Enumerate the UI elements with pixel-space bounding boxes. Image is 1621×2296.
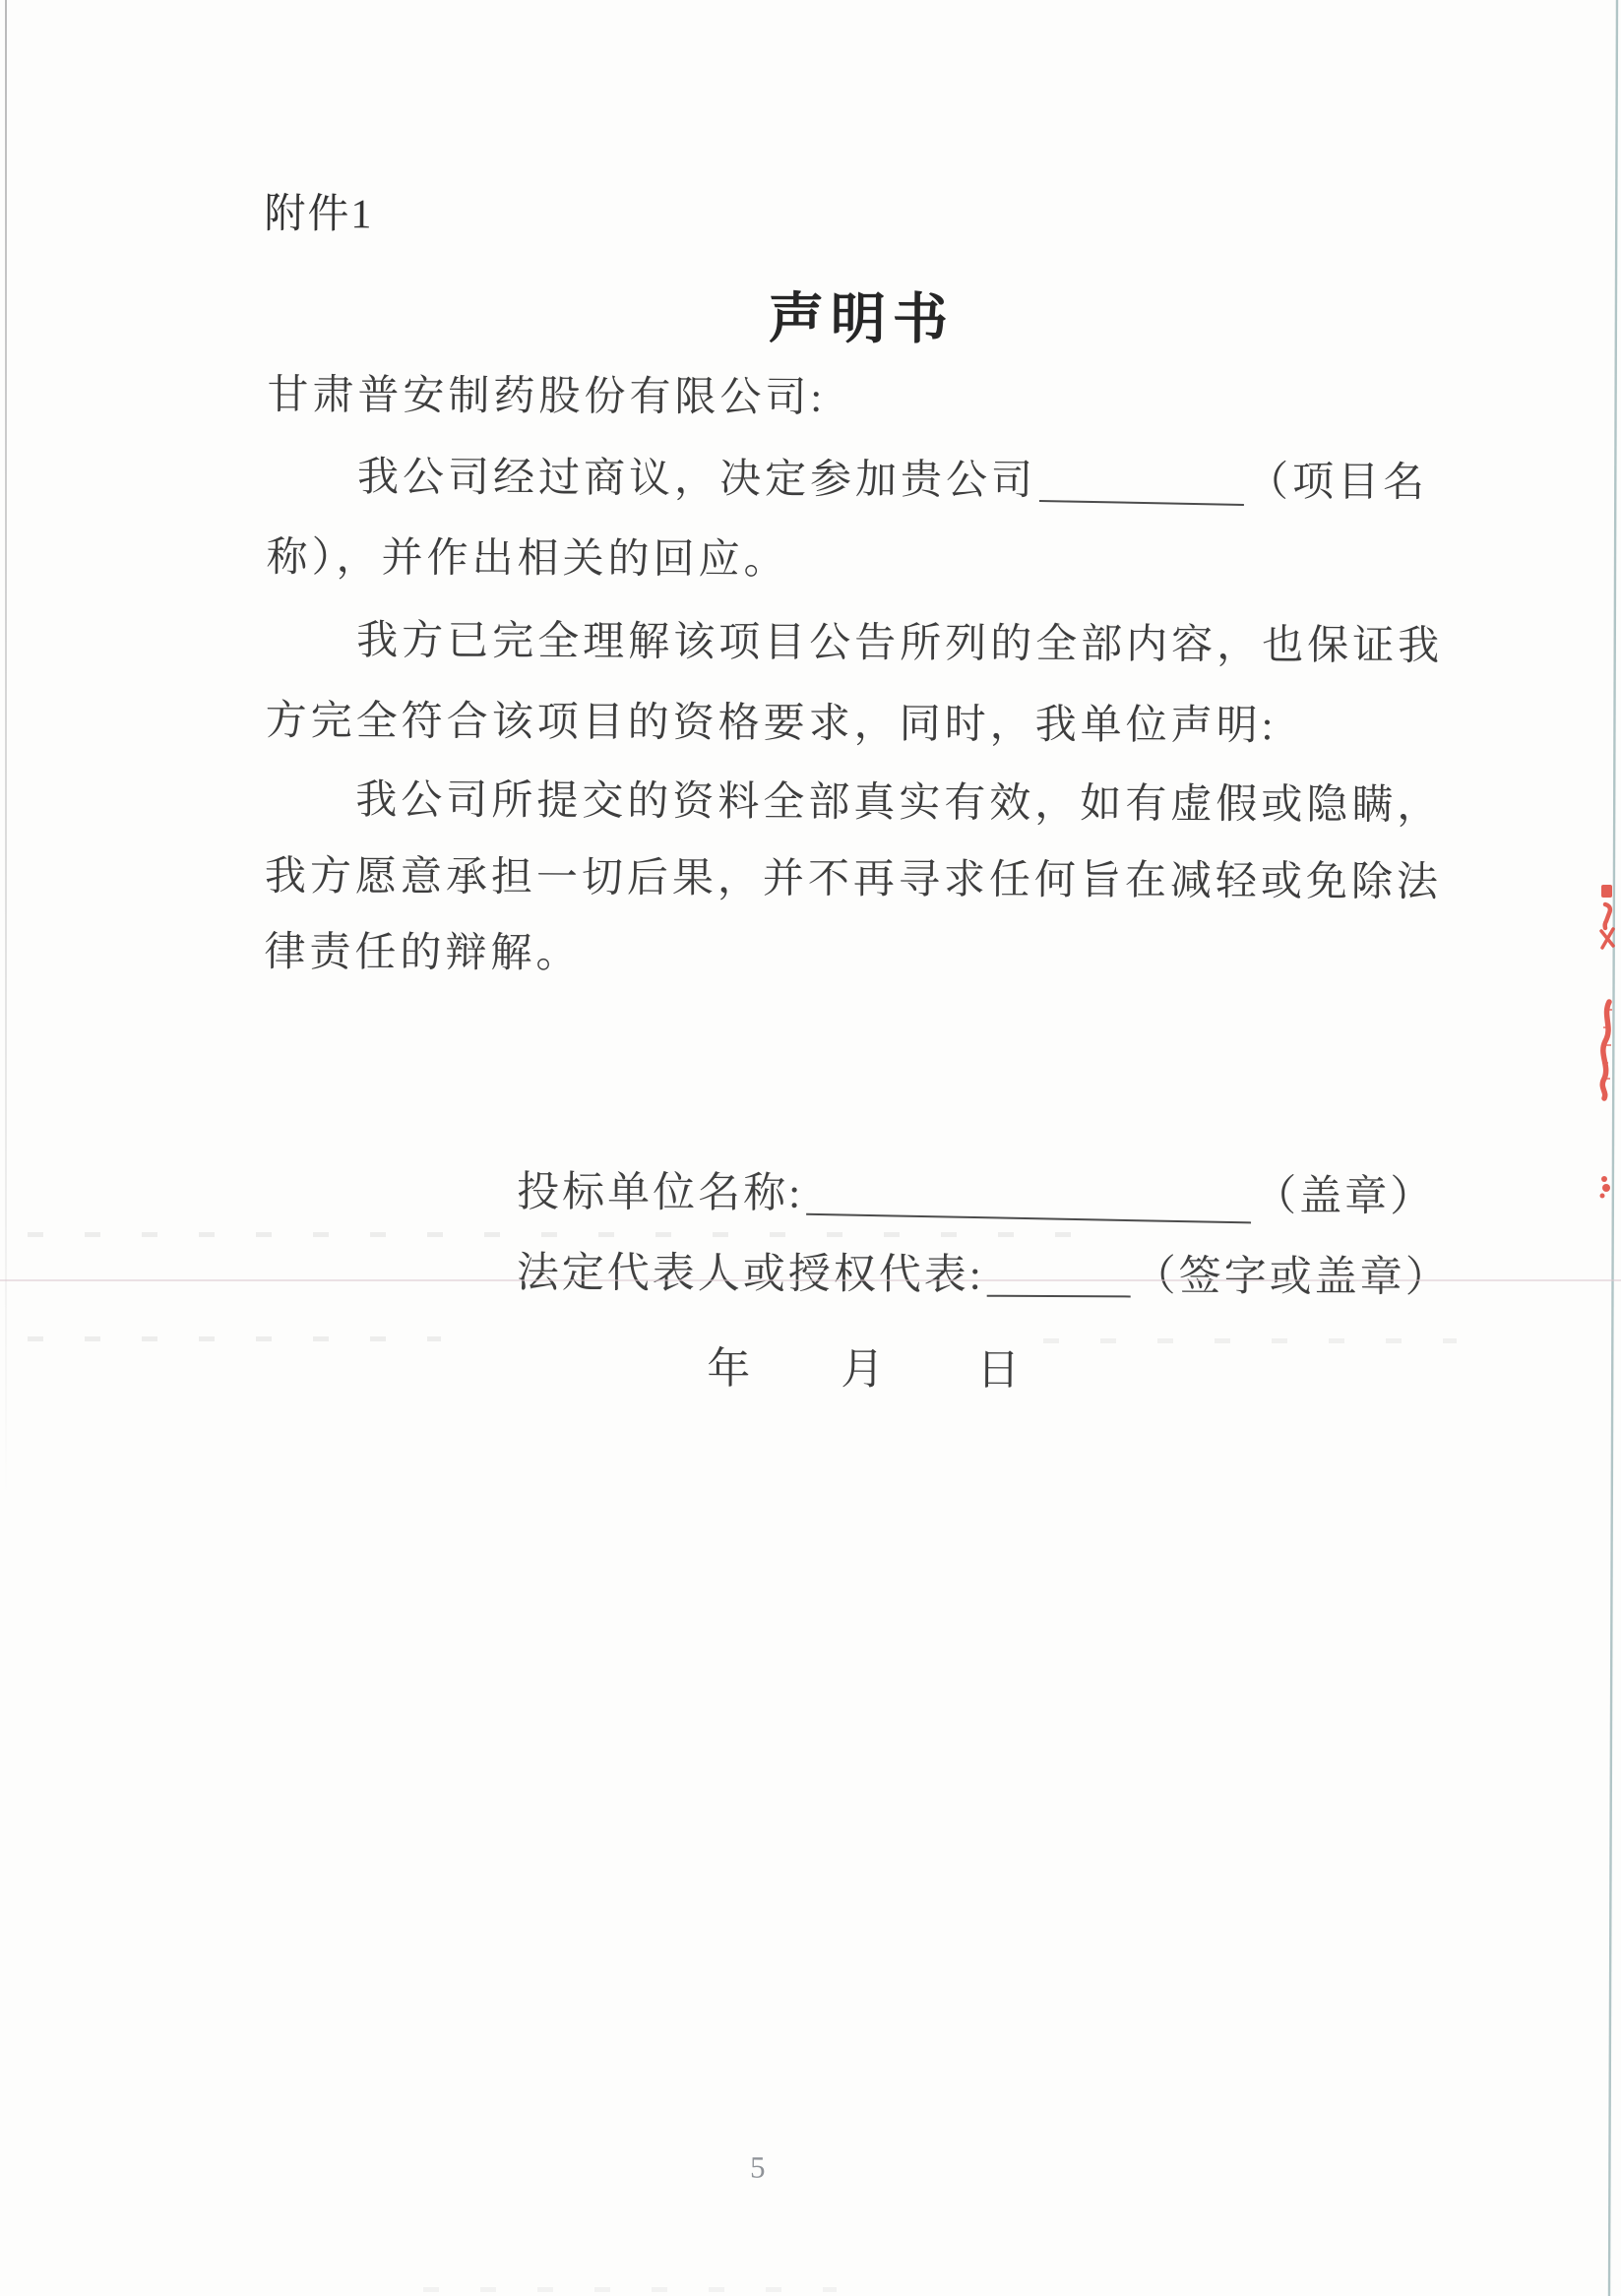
page-number: 5 [750,2149,767,2185]
paragraph-text: 我公司所提交的资料全部真实有效，如有虚假或隐瞒， [355,776,1442,831]
bidder-name-blank [806,1212,1251,1223]
scan-noise-row [423,2287,837,2292]
date-year-label: 年 [707,1333,750,1396]
attachment-label: 附件1 [264,191,373,240]
date-day-label: 日 [976,1334,1020,1397]
representative-blank [987,1294,1131,1297]
scan-edge-line-left [5,0,7,1496]
paragraph1-line1: 我公司经过商议，决定参加贵公司 （项目名 [357,454,1428,508]
paragraph-text: 律责任的辩解。 [264,929,581,979]
bidder-seal-label: （盖章） [1254,1172,1435,1223]
paragraph2-line1: 我方已完全理解该项目公告所列的全部内容，也保证我 [356,617,1443,671]
document-title: 声明书 [769,290,955,352]
paragraph2-line2: 方完全符合该项目的资格要求，同时，我单位声明: [266,698,1278,752]
attachment-label-text: 附件1 [264,191,373,240]
representative-label: 法定代表人或授权代表: [517,1249,984,1301]
representative-line: 法定代表人或授权代表: （签字或盖章） [517,1249,1451,1304]
paragraph-text: 方完全符合该项目的资格要求，同时，我单位声明: [266,698,1278,752]
document-content: 附件1 声明书 甘肃普安制药股份有限公司: 我公司经过商议，决定参加贵公司 （项… [0,0,1621,2296]
paragraph-text: （项目名 [1247,459,1428,509]
paragraph-text: 我方愿意承担一切后果，并不再寻求任何旨在减轻或免除法 [265,853,1442,908]
scan-noise-row [1043,1338,1457,1343]
bidder-name-line: 投标单位名称: （盖章） [517,1168,1435,1223]
paragraph-text: 我方已完全理解该项目公告所列的全部内容，也保证我 [356,617,1443,671]
date-month-label: 月 [841,1334,884,1396]
project-name-blank [1039,500,1244,506]
paragraph1-line2: 称），并作出相关的回应。 [266,534,788,586]
paragraph3-line3: 律责任的辩解。 [264,929,581,979]
paragraph-text: 我公司经过商议，决定参加贵公司 [357,454,1036,506]
recipient-text: 甘肃普安制药股份有限公司: [267,372,826,424]
paragraph3-line1: 我公司所提交的资料全部真实有效，如有虚假或隐瞒， [355,776,1442,831]
scan-noise-row [28,1336,441,1341]
representative-seal-label: （签字或盖章） [1134,1252,1451,1303]
bidder-name-label: 投标单位名称: [517,1168,803,1219]
scan-noise-row [28,1232,1091,1237]
paragraph3-line2: 我方愿意承担一切后果，并不再寻求任何旨在减轻或免除法 [265,853,1442,908]
scanned-document-page: 附件1 声明书 甘肃普安制药股份有限公司: 我公司经过商议，决定参加贵公司 （项… [0,0,1621,2296]
recipient-line: 甘肃普安制药股份有限公司: [267,372,826,424]
paragraph-text: 称），并作出相关的回应。 [266,534,788,586]
scan-artifact-horizontal-line [0,1279,1621,1281]
